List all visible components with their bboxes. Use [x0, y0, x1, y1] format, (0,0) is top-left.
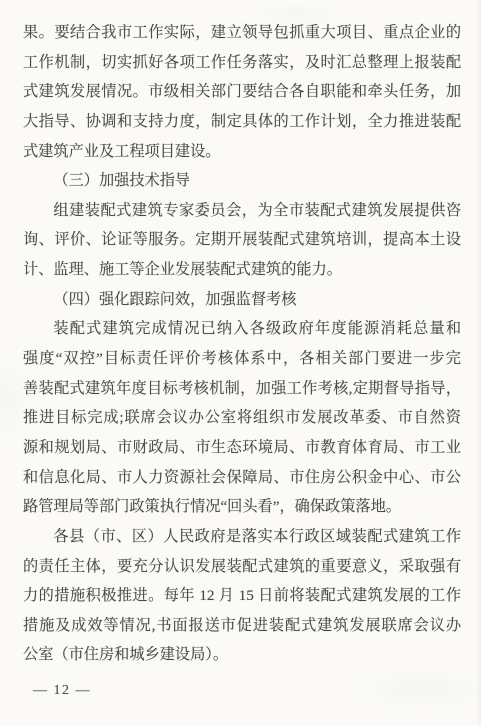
text-line: 推进目标完成;联席会议办公室将组织市发展改革委、市自然资 — [23, 403, 461, 433]
section-heading: （三）加强技术指导 — [23, 166, 461, 196]
text-line: 和信息化局、市人力资源社会保障局、市住房公积金中心、市公 — [23, 463, 461, 493]
text-line: 措施及成效等情况,书面报送市促进装配式建筑发展联席会议办 — [23, 611, 461, 641]
text-line: 的责任主体，要充分认识发展装配式建筑的重要意义，采取强有 — [23, 552, 461, 582]
text-line: 工作机制，切实抓好各项工作任务落实，及时汇总整理上报装配 — [23, 48, 461, 78]
text-line: 各县（市、区）人民政府是落实本行政区域装配式建筑工作 — [23, 522, 461, 552]
text-line: 公室（市住房和城乡建设局）。 — [23, 640, 461, 670]
document-body: 果。要结合我市工作实际，建立领导包抓重大项目、重点企业的 工作机制，切实抓好各项… — [23, 18, 461, 670]
text-line: 询、评价、论证等服务。定期开展装配式建筑培训，提高本土设 — [23, 225, 461, 255]
text-line: 强度“双控”目标责任评价考核体系中，各相关部门要进一步完 — [23, 344, 461, 374]
text-line: 装配式建筑完成情况已纳入各级政府年度能源消耗总量和 — [23, 314, 461, 344]
text-line: 大指导、协调和支持力度，制定具体的工作计划，全力推进装配 — [23, 107, 461, 137]
text-line: 力的措施积极推进。每年 12 月 15 日前将装配式建筑发展的工作 — [23, 581, 461, 611]
page-number: — 12 — — [33, 681, 91, 701]
text-line: 善装配式建筑年度目标考核机制，加强工作考核,定期督导指导， — [23, 374, 461, 404]
text-line: 组建装配式建筑专家委员会，为全市装配式建筑发展提供咨 — [23, 196, 461, 226]
text-line: 路管理局等部门政策执行情况“回头看”，确保政策落地。 — [23, 492, 461, 522]
text-line: 果。要结合我市工作实际，建立领导包抓重大项目、重点企业的 — [23, 18, 461, 48]
text-line: 式建筑发展情况。市级相关部门要结合各自职能和牵头任务，加 — [23, 77, 461, 107]
document-page: 果。要结合我市工作实际，建立领导包抓重大项目、重点企业的 工作机制，切实抓好各项… — [0, 0, 481, 726]
text-line: 式建筑产业及工程项目建设。 — [23, 137, 461, 167]
text-line: 计、监理、施工等企业发展装配式建筑的能力。 — [23, 255, 461, 285]
text-line: 源和规划局、市财政局、市生态环境局、市教育体育局、市工业 — [23, 433, 461, 463]
section-heading: （四）强化跟踪问效，加强监督考核 — [23, 285, 461, 315]
